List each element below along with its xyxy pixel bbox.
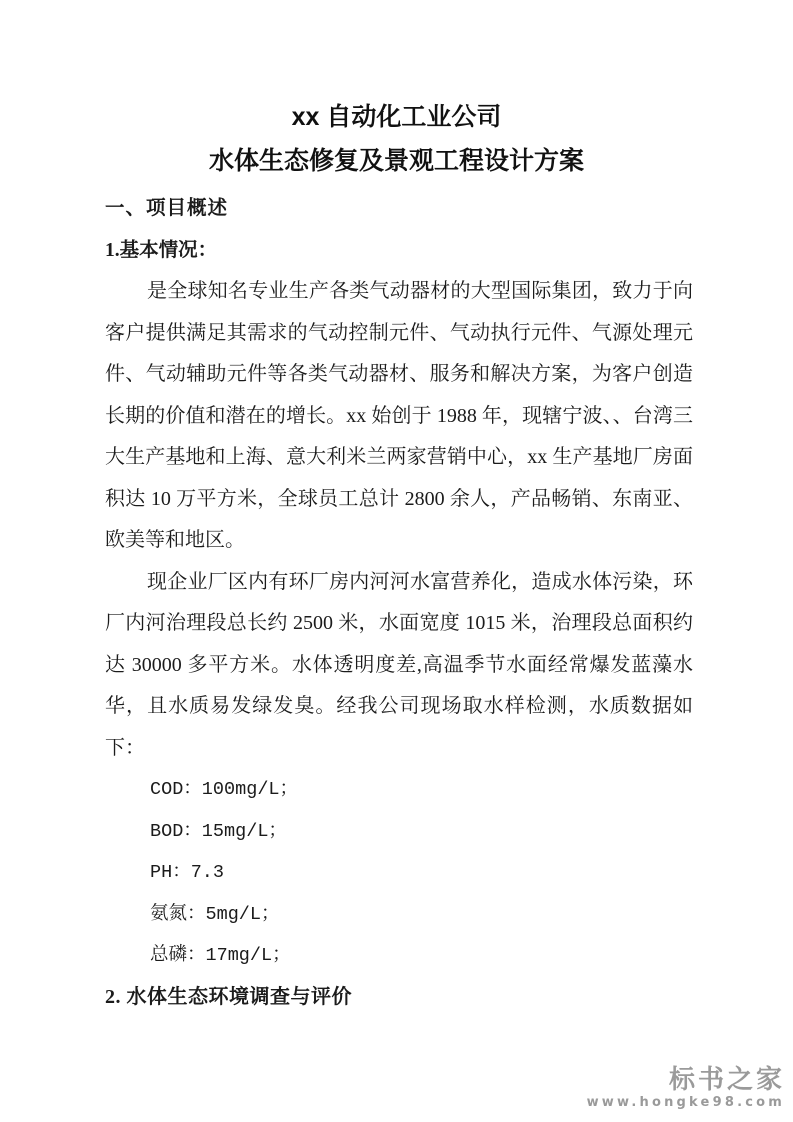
- doc-title-line2: 水体生态修复及景观工程设计方案: [0, 144, 793, 178]
- watermark: 标书之家 www.hongke98.com: [587, 1066, 785, 1110]
- doc-body: 一、项目概述 1.基本情况： 是全球知名专业生产各类气动器材的大型国际集团，致力…: [105, 188, 693, 1018]
- watermark-url: www.hongke98.com: [587, 1095, 785, 1110]
- subsection-heading-basic-info: 1.基本情况：: [105, 230, 693, 272]
- section-heading-project-overview: 一、项目概述: [105, 188, 693, 230]
- water-quality-item-ph: PH：7.3: [105, 852, 693, 894]
- water-quality-item-cod: COD：100mg/L；: [105, 769, 693, 811]
- doc-title-line1: xx 自动化工业公司: [0, 100, 793, 134]
- water-quality-item-ammonia-nitrogen: 氨氮：5mg/L；: [105, 894, 693, 936]
- paragraph-company-intro: 是全球知名专业生产各类气动器材的大型国际集团，致力于向客户提供满足其需求的气动控…: [105, 271, 693, 562]
- document-page: xx 自动化工业公司 水体生态修复及景观工程设计方案 一、项目概述 1.基本情况…: [0, 0, 793, 1122]
- watermark-logo-text: 标书之家: [587, 1066, 785, 1094]
- water-quality-item-total-phosphorus: 总磷：17mg/L；: [105, 935, 693, 977]
- water-quality-list: COD：100mg/L； BOD：15mg/L； PH：7.3 氨氮：5mg/L…: [105, 769, 693, 977]
- section-heading-eco-survey: 2. 水体生态环境调查与评价: [105, 977, 693, 1019]
- water-quality-item-bod: BOD：15mg/L；: [105, 811, 693, 853]
- paragraph-site-condition: 现企业厂区内有环厂房内河河水富营养化，造成水体污染，环厂内河治理段总长约 250…: [105, 562, 693, 770]
